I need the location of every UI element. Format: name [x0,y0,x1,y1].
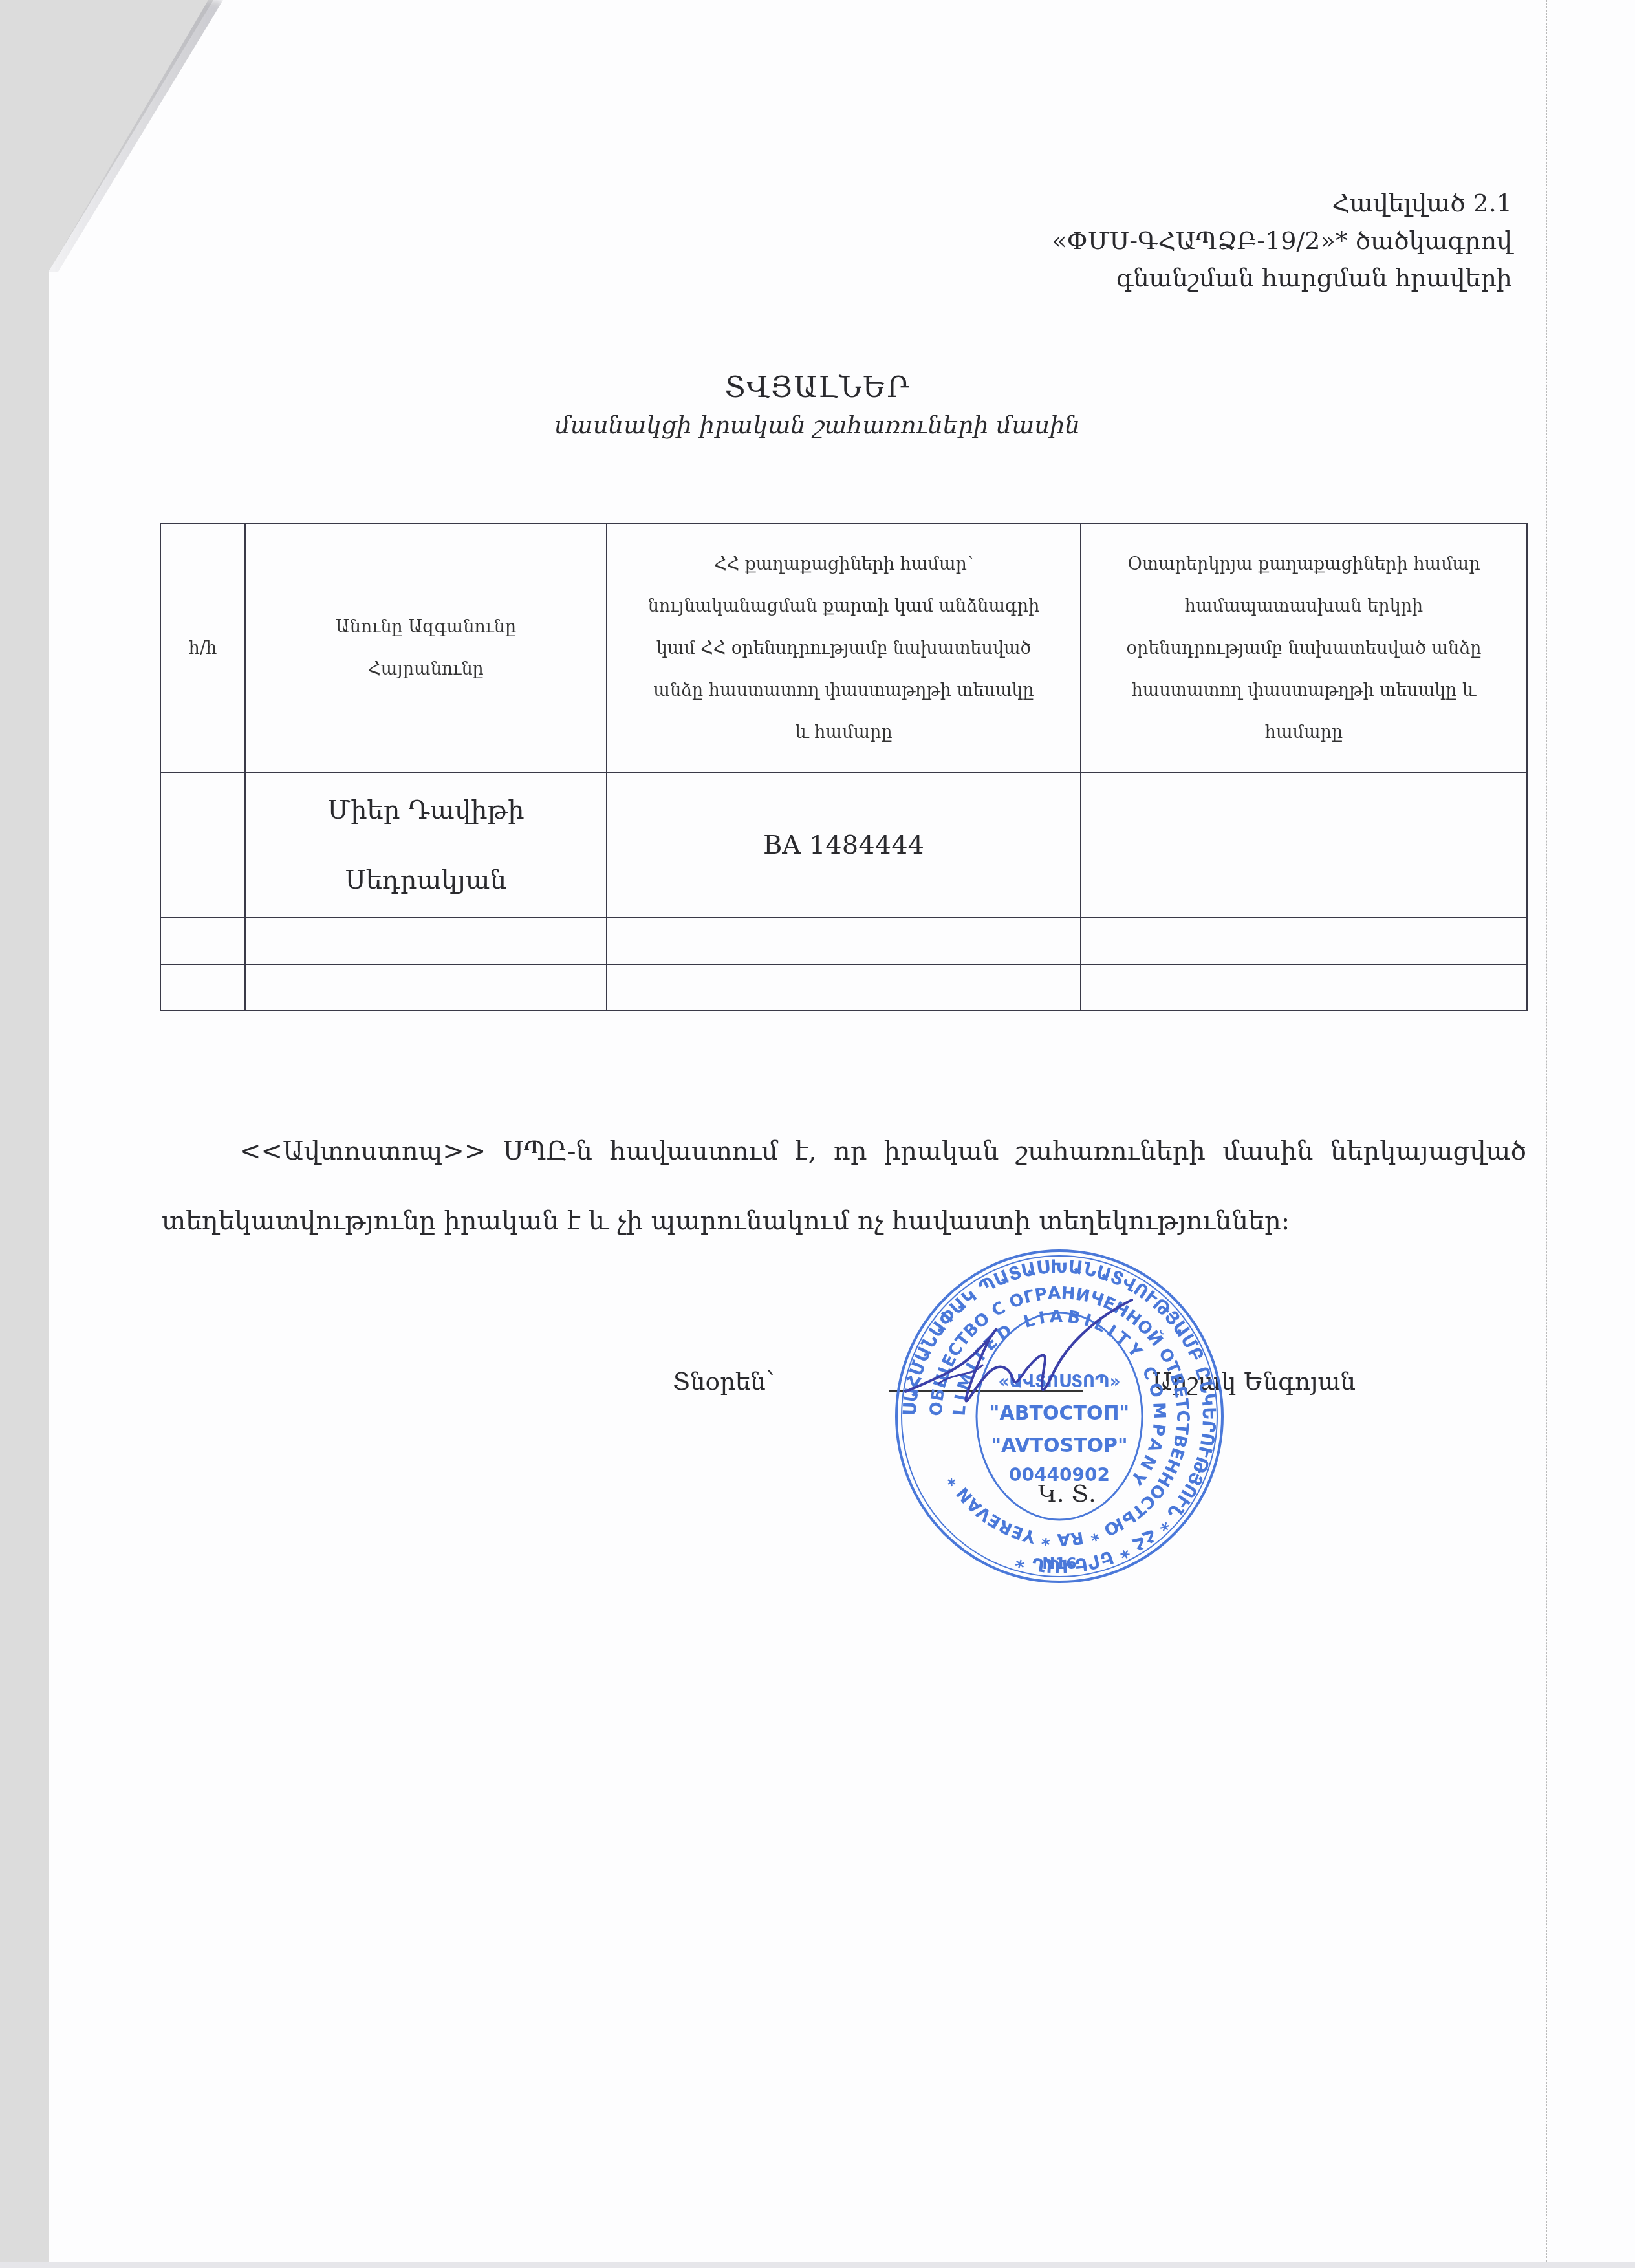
col-header-line: Անունը Ազգանունը [257,606,594,648]
col-header-line: նույնականացման քարտի կամ անձնագրի [619,585,1068,627]
col-header-line: Հայրանունը [257,648,594,690]
table-row [160,918,1527,964]
col-header-line: հաստատող փաստաթղթի տեսակը և [1093,669,1515,711]
col-header-line: օրենսդրությամբ նախատեսված անձը [1093,627,1515,669]
document-title: ՏՎՅԱԼՆԵՐ մասնակցի իրական շահառուների մաս… [0,369,1635,444]
signatory-role: Տնօրեն՝ [673,1368,774,1396]
cell-index [160,964,245,1011]
cell-foreign-document [1081,918,1527,964]
procurement-code: «ՓՄՍ-ԳՀԱՊՁԲ-19/2»* ծածկագրով [1052,222,1512,259]
cell-foreign-document [1081,773,1527,918]
col-header-am-document: ՀՀ քաղաքացիների համար՝նույնականացման քար… [607,523,1081,773]
invitation-reference: գնանշման հարցման հրավերի [1052,259,1512,297]
col-header-line: Օտարերկրյա քաղաքացիների համար [1093,543,1515,585]
table-row [160,964,1527,1011]
certification-statement: <<Ավտոստոպ>> ՍՊԸ-ն հավաստում է, որ իրակա… [162,1116,1526,1256]
scan-bottom-edge [0,2262,1635,2268]
annex-number: Հավելված 2.1 [1052,184,1512,222]
cell-foreign-document [1081,964,1527,1011]
name-line: Սեդրակյան [257,845,594,915]
table-row: Միեր Դավիթի Սեդրակյան BA 1484444 [160,773,1527,918]
name-line: Միեր Դավիթի [257,775,594,845]
beneficial-owners-table: h/h Անունը ԱզգանունըՀայրանունը ՀՀ քաղաքա… [160,523,1528,1011]
svg-text:N16: N16 [1042,1555,1076,1573]
col-header-name: Անունը ԱզգանունըՀայրանունը [245,523,607,773]
table-header-row: h/h Անունը ԱզգանունըՀայրանունը ՀՀ քաղաքա… [160,523,1527,773]
statement-text: <<Ավտոստոպ>> ՍՊԸ-ն հավաստում է, որ իրակա… [162,1116,1526,1256]
seal-place-label: Կ. Տ. [1038,1481,1096,1507]
col-header-line: և համարը [619,711,1068,753]
scan-edge-line [1546,0,1548,2268]
title-main: ՏՎՅԱԼՆԵՐ [0,369,1635,407]
cell-am-document: BA 1484444 [607,773,1081,918]
col-header-line: համապատասխան երկրի [1093,585,1515,627]
col-header-line: h/h [173,627,233,669]
col-header-line: անձը հաստատող փաստաթղթի տեսակը [619,669,1068,711]
col-header-line: համարը [1093,711,1515,753]
cell-am-document [607,964,1081,1011]
cell-am-document [607,918,1081,964]
col-header-foreign-document: Օտարերկրյա քաղաքացիների համարհամապատասխա… [1081,523,1527,773]
cell-index [160,773,245,918]
cell-index [160,918,245,964]
annex-header: Հավելված 2.1 «ՓՄՍ-ԳՀԱՊՁԲ-19/2»* ծածկագրո… [1052,184,1512,297]
handwritten-signature [899,1293,1171,1462]
col-header-line: կամ ՀՀ օրենսդրությամբ նախատեսված [619,627,1068,669]
cell-name: Միեր Դավիթի Սեդրակյան [245,773,607,918]
col-header-index: h/h [160,523,245,773]
col-header-line: ՀՀ քաղաքացիների համար՝ [619,543,1068,585]
title-subtitle: մասնակցի իրական շահառուների մասին [0,407,1635,444]
cell-name [245,918,607,964]
cell-name [245,964,607,1011]
